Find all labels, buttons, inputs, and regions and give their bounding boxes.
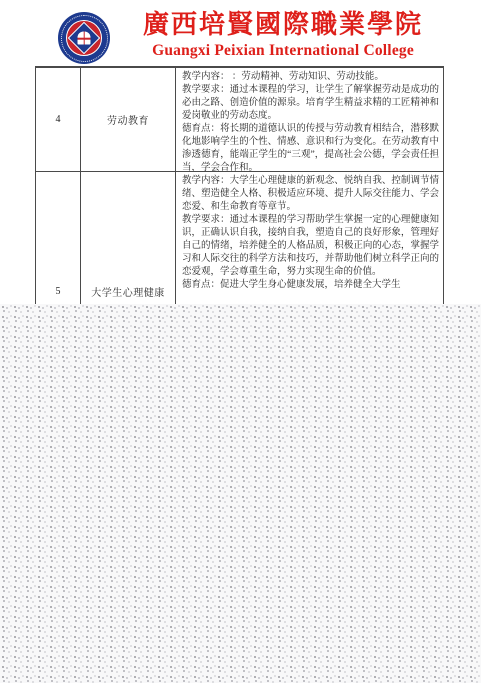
teaching-requirement-paragraph: 教学要求：通过本课程的学习帮助学生掌握一定的心理健康知识，正确认识自我，接纳自我… <box>182 214 439 279</box>
emblem-inner-circle <box>66 20 102 56</box>
moral-education-paragraph: 德育点：促进大学生身心健康发展，培养健全大学生 <box>182 279 439 292</box>
teaching-requirement-paragraph: 教学要求：通过本课程的学习，让学生了解掌握劳动是成功的必由之路、创造价值的源泉。… <box>182 84 439 123</box>
college-name-english: Guangxi Peixian International College <box>118 42 448 59</box>
college-emblem-icon <box>58 12 110 64</box>
noise-texture-area <box>0 304 481 683</box>
row-number-cell: 4 <box>36 68 81 171</box>
document-page: 廣西培賢國際職業學院 Guangxi Peixian International… <box>0 0 481 683</box>
course-name-cell: 劳动教育 <box>81 68 176 171</box>
college-title-block: 廣西培賢國際職業學院 Guangxi Peixian International… <box>118 8 448 59</box>
teaching-content-paragraph: 教学内容：大学生心理健康的新观念、悦纳自我、控制调节情绪、塑造健全人格、积极适应… <box>182 175 439 214</box>
teaching-content-paragraph: 教学内容： ：劳动精神、劳动知识、劳动技能。 <box>182 71 439 84</box>
college-name-chinese: 廣西培賢國際職業學院 <box>118 8 448 42</box>
table-row: 4 劳动教育 教学内容： ：劳动精神、劳动知识、劳动技能。 教学要求：通过本课程… <box>36 68 443 172</box>
moral-education-paragraph: 德育点：将长期的道德认识的传授与劳动教育相结合，潜移默化地影响学生的个性、情感、… <box>182 123 439 171</box>
emblem-book-icon <box>78 32 91 45</box>
course-description-cell: 教学内容： ：劳动精神、劳动知识、劳动技能。 教学要求：通过本课程的学习，让学生… <box>176 68 443 171</box>
college-letterhead: 廣西培賢國際職業學院 Guangxi Peixian International… <box>0 0 481 66</box>
